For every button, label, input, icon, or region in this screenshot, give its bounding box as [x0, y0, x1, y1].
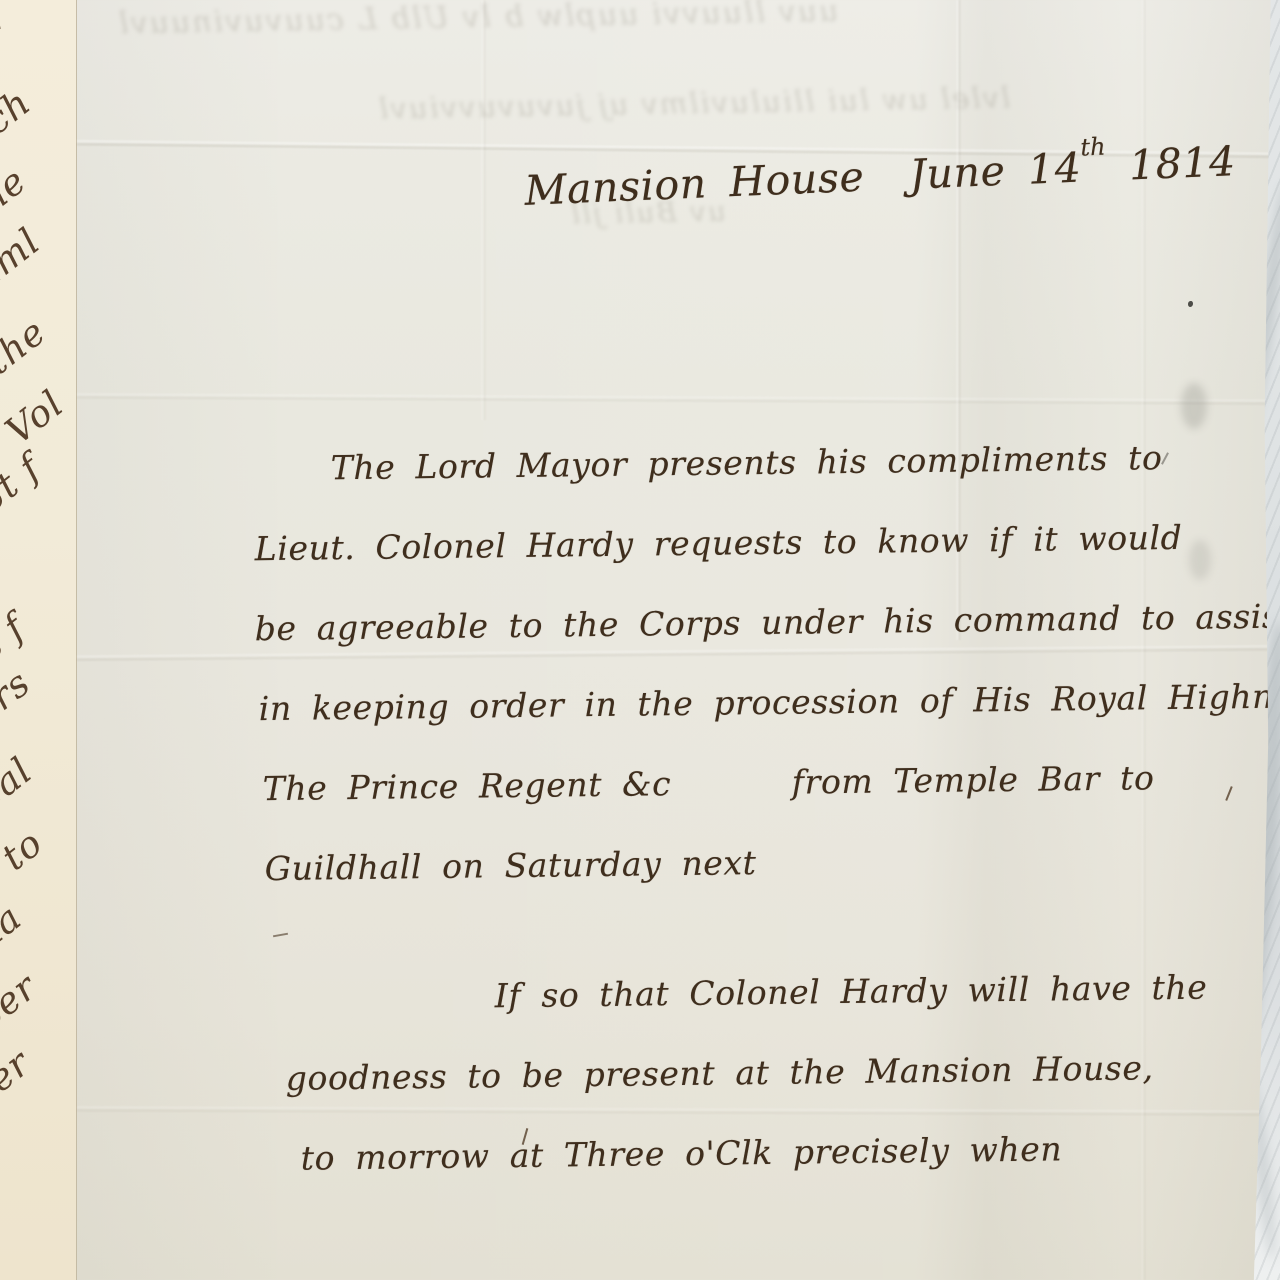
letter-line: be agreeable to the Corps under his comm…	[255, 597, 1271, 689]
photo-of-letter: { "document_kind": "handwritten letter p…	[0, 0, 1280, 1280]
dateline-place: Mansion House	[524, 153, 866, 215]
showthrough-line: uuv lluuvvi uuplw b lv Ulb L cuuvuvinuuv…	[117, 0, 839, 41]
paper-smudge	[1181, 383, 1207, 429]
letter-body: The Lord Mayor presents his compliments …	[255, 443, 1270, 1263]
letter-line: The Lord Mayor presents his compliments …	[255, 437, 1271, 529]
showthrough-line: lvlel uw lui lliuluvilmv uj juvuvuvviuvl	[377, 80, 1011, 125]
handwriting-fragment: s f	[0, 606, 33, 669]
dateline-ordinal: th	[1080, 133, 1106, 162]
letter-paragraph: If so that Colonel Hardy will have thego…	[255, 973, 1270, 1213]
letter-line: to morrow at Three o'Clk precisely when	[255, 1127, 1271, 1219]
letter-page: uuv lluuvvi uuplw b lv Ulb L cuuvuvinuuv…	[76, 0, 1273, 1280]
letter-line: The Prince Regent &c from Temple Bar to	[255, 757, 1271, 849]
handwriting-fragment: me	[0, 159, 34, 229]
handwriting-fragment: oer	[0, 965, 45, 1039]
handwriting-fragment: St f	[0, 446, 49, 523]
handwriting-fragment: ua	[0, 896, 30, 959]
fold-crease-horizontal	[77, 393, 1273, 405]
fold-crease-vertical	[481, 0, 486, 420]
letter-line: Guildhall on Saturday next	[255, 837, 1271, 929]
dateline-date: June 14	[909, 144, 1083, 199]
letter-line: Lieut. Colonel Hardy requests to know if…	[255, 517, 1271, 609]
dateline-year: 1814	[1128, 137, 1237, 189]
handwriting-fragment: ers	[0, 661, 39, 733]
handwriting-fragment: hml	[0, 220, 48, 299]
dateline-spacer	[863, 151, 910, 201]
letter-line: goodness to be present at the Mansion Ho…	[255, 1047, 1271, 1139]
letter-paragraph: The Lord Mayor presents his compliments …	[255, 443, 1270, 923]
handwriting-fragment: the	[0, 310, 54, 383]
dateline-spacer	[1105, 142, 1130, 191]
dateline: Mansion House June 14th 1814	[523, 127, 1237, 215]
handwriting-fragment: eal	[0, 749, 40, 819]
handwriting-fragment: /	[0, 0, 15, 33]
letter-line: in keeping order in the procession of Hi…	[255, 677, 1271, 769]
handwriting-fragment: ser	[0, 1041, 39, 1113]
ink-speck	[1188, 301, 1193, 307]
letter-line: If so that Colonel Hardy will have the	[255, 967, 1271, 1059]
handwriting-fragment: ich	[0, 81, 39, 151]
handwriting-fragment: Vol	[0, 382, 72, 453]
handwriting-fragment: to	[0, 821, 51, 879]
